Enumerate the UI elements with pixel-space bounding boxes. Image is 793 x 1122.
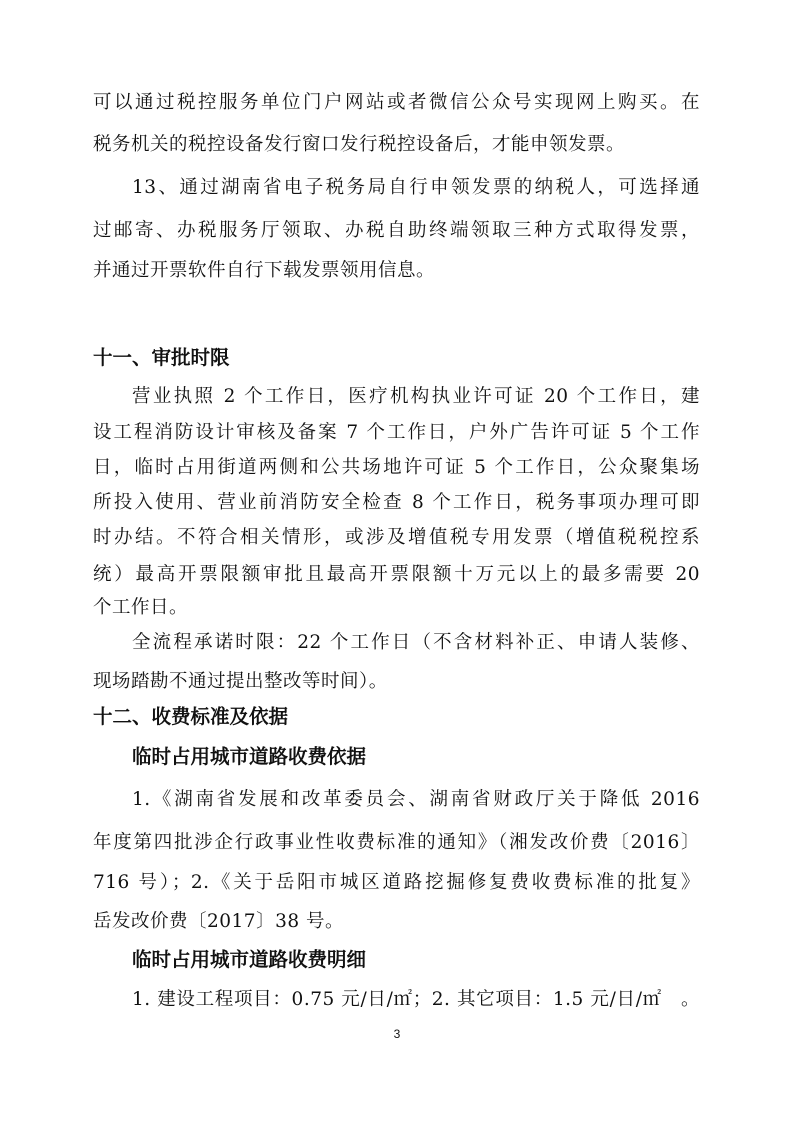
text-line: 岳发改价费〔2017〕38 号。: [93, 910, 700, 934]
text-line: 日，临时占用街道两侧和公共场地许可证 5 个工作日，公众聚集场: [93, 456, 700, 480]
text-line: 1. 建设工程项目：0.75 元/日/㎡；2. 其它项目：1.5 元/日/㎡ 。: [132, 988, 700, 1012]
section-heading-fees: 十二、收费标准及依据: [93, 705, 288, 729]
text-line: 1.《湖南省发展和改革委员会、湖南省财政厅关于降低 2016: [132, 788, 700, 812]
text-line: 税务机关的税控设备发行窗口发行税控设备后，才能申领发票。: [93, 133, 700, 157]
document-page: 可以通过税控服务单位门户网站或者微信公众号实现网上购买。在 税务机关的税控设备发…: [0, 0, 793, 1122]
text-line: 统）最高开票限额审批且最高开票限额十万元以上的最多需要 20: [93, 563, 700, 587]
text-line: 并通过开票软件自行下载发票领用信息。: [93, 259, 700, 283]
text-line: 13、通过湖南省电子税务局自行申领发票的纳税人，可选择通: [132, 176, 700, 200]
section-heading-approval-time: 十一、审批时限: [93, 346, 230, 370]
subheading-fee-basis: 临时占用城市道路收费依据: [132, 745, 366, 769]
text-line: 全流程承诺时限：22 个工作日（不含材料补正、申请人装修、: [132, 631, 700, 655]
text-line: 现场踏勘不通过提出整改等时间）。: [93, 670, 700, 694]
subheading-fee-details: 临时占用城市道路收费明细: [132, 948, 366, 972]
text-line: 过邮寄、办税服务厅领取、办税自助终端领取三种方式取得发票，: [93, 219, 700, 243]
page-number: 3: [390, 1027, 404, 1041]
text-line: 时办结。不符合相关情形，或涉及增值税专用发票（增值税税控系: [93, 526, 700, 550]
text-line: 营业执照 2 个工作日，医疗机构执业许可证 20 个工作日，建: [132, 385, 700, 409]
text-line: 个工作日。: [93, 596, 700, 620]
text-line: 设工程消防设计审核及备案 7 个工作日，户外广告许可证 5 个工作: [93, 421, 700, 445]
text-line: 可以通过税控服务单位门户网站或者微信公众号实现网上购买。在: [93, 91, 700, 115]
text-line: 年度第四批涉企行政事业性收费标准的通知》（湘发改价费〔2016〕: [93, 831, 700, 855]
text-line: 716 号）；2.《关于岳阳市城区道路挖掘修复费收费标准的批复》: [93, 871, 700, 895]
text-line: 所投入使用、营业前消防安全检查 8 个工作日，税务事项办理可即: [93, 491, 700, 515]
